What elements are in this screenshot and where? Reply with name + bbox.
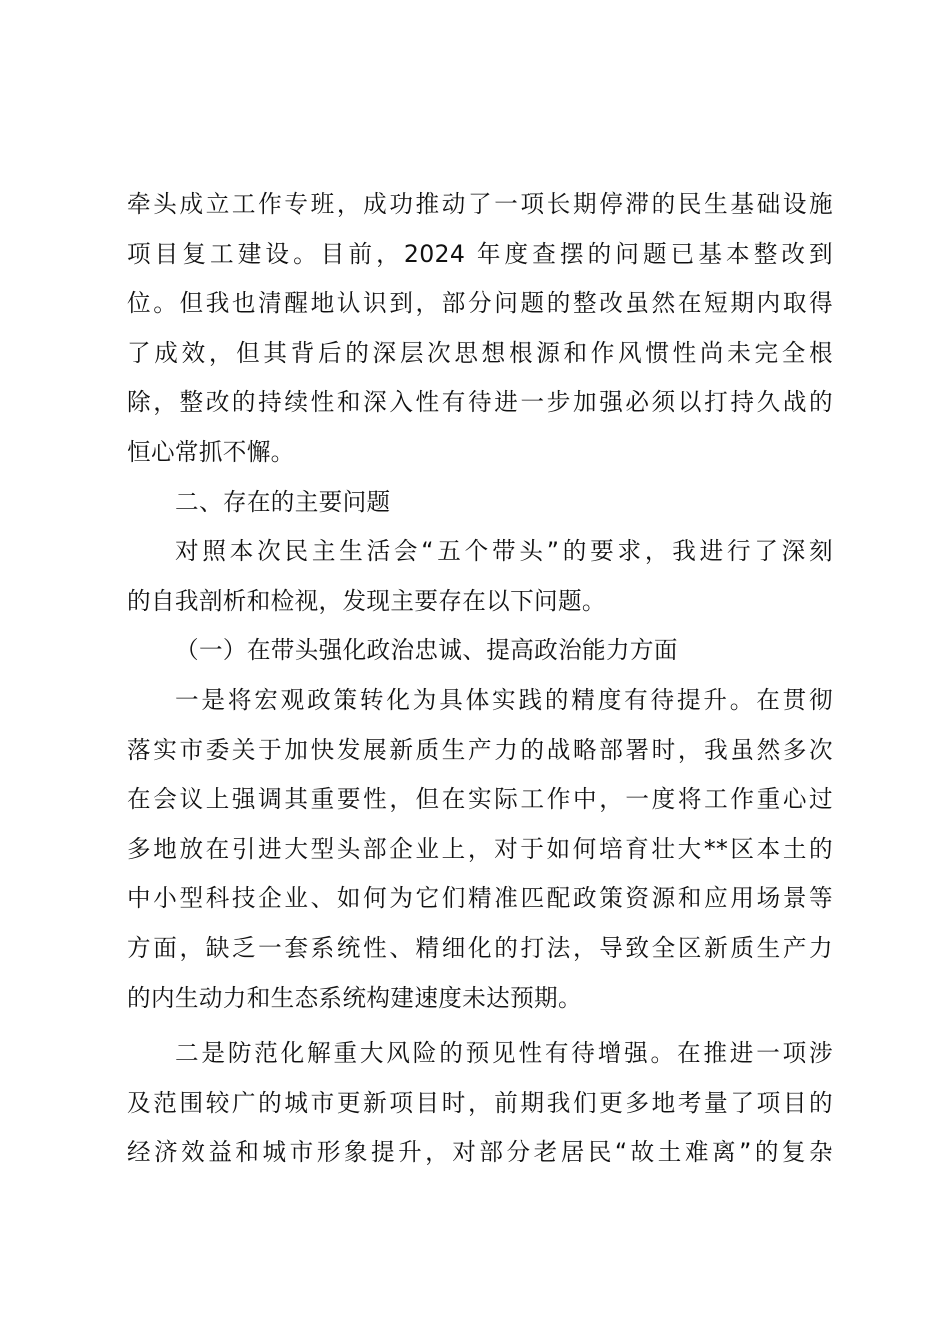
text-line: 一是将宏观政策转化为具体实践的精度有待提升。在贯彻	[127, 676, 833, 726]
text-line: 项目复工建设。目前，2024 年度查摆的问题已基本整改到	[127, 230, 833, 280]
text-line: 及范围较广的城市更新项目时，前期我们更多地考量了项目的	[127, 1079, 833, 1129]
text-line: 对照本次民主生活会“五个带头”的要求，我进行了深刻	[127, 527, 833, 577]
text-line: 经济效益和城市形象提升，对部分老居民“故土难离”的复杂	[127, 1128, 833, 1178]
text-line: 恒心常抓不懈。	[127, 428, 833, 478]
text-line: 方面，缺乏一套系统性、精细化的打法，导致全区新质生产力	[127, 924, 833, 974]
section-heading: 二、存在的主要问题	[127, 478, 833, 528]
document-page: 牵头成立工作专班，成功推动了一项长期停滞的民生基础设施 项目复工建设。目前，20…	[127, 180, 833, 1178]
text-line: 位。但我也清醒地认识到，部分问题的整改虽然在短期内取得	[127, 279, 833, 329]
text-line: 中小型科技企业、如何为它们精准匹配政策资源和应用场景等	[127, 874, 833, 924]
subsection-heading: （一）在带头强化政治忠诚、提高政治能力方面	[127, 626, 833, 676]
text-line: 牵头成立工作专班，成功推动了一项长期停滞的民生基础设施	[127, 180, 833, 230]
text-line: 二是防范化解重大风险的预见性有待增强。在推进一项涉	[127, 1029, 833, 1079]
text-line: 的内生动力和生态系统构建速度未达预期。	[127, 974, 833, 1024]
text-line: 除，整改的持续性和深入性有待进一步加强必须以打持久战的	[127, 378, 833, 428]
text-line: 多地放在引进大型头部企业上，对于如何培育壮大**区本土的	[127, 825, 833, 875]
text-line: 在会议上强调其重要性，但在实际工作中，一度将工作重心过	[127, 775, 833, 825]
text-line: 落实市委关于加快发展新质生产力的战略部署时，我虽然多次	[127, 726, 833, 776]
text-line: 了成效，但其背后的深层次思想根源和作风惯性尚未完全根	[127, 329, 833, 379]
text-line: 的自我剖析和检视，发现主要存在以下问题。	[127, 577, 833, 627]
